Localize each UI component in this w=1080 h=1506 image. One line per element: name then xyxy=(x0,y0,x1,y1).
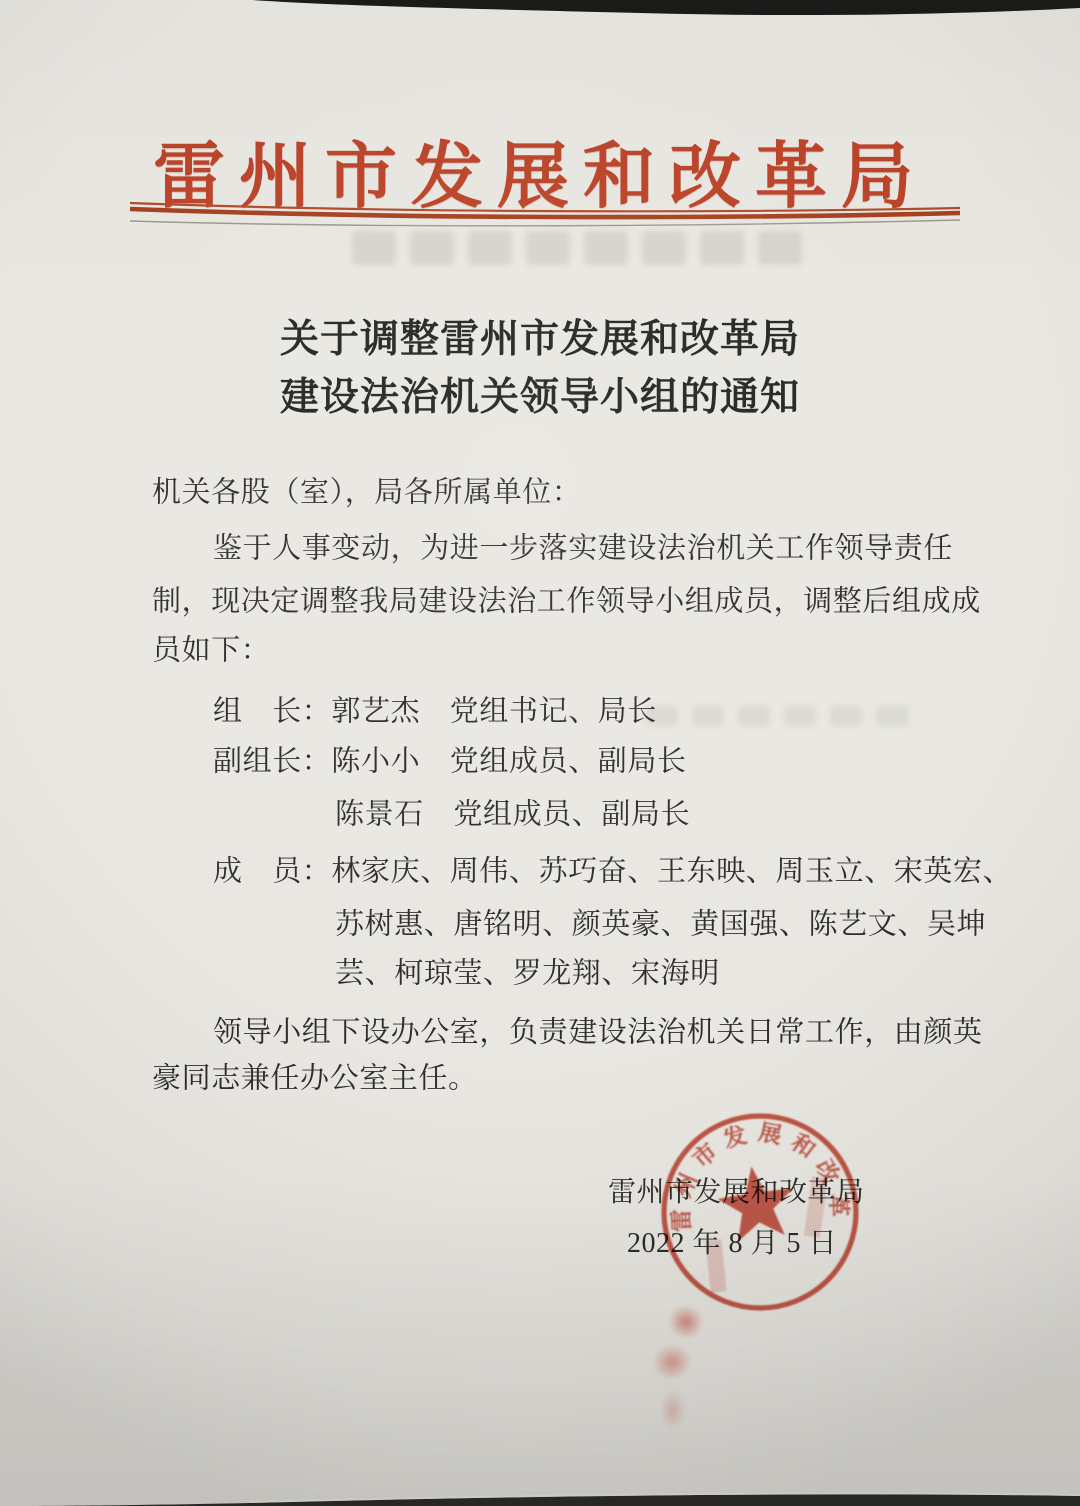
body-line: 芸、柯琼莹、罗龙翔、宋海明 xyxy=(335,951,720,992)
letterhead-agency-name: 雷州市发展和改革局 xyxy=(0,118,1080,222)
signature-date: 2022 年 8 月 5 日 xyxy=(627,1221,837,1261)
document-title-line1: 关于调整雷州市发展和改革局 xyxy=(0,308,1080,364)
body-line: 制，现决定调整我局建设法治工作领导小组成员，调整后组成成 xyxy=(152,579,981,620)
photo-top-edge xyxy=(0,0,1080,20)
seal-ring xyxy=(664,1116,856,1308)
seal-ink-smudge xyxy=(660,1390,686,1430)
body-line: 成 员：林家庆、周伟、苏巧奋、王东映、周玉立、宋英宏、 xyxy=(213,849,1012,890)
bleedthrough-marks xyxy=(352,231,802,265)
signature-agency-name: 雷州市发展和改革局 xyxy=(608,1170,865,1210)
body-line: 陈景石 党组成员、副局长 xyxy=(335,792,690,833)
photo-bottom-edge xyxy=(0,1486,1080,1506)
body-line: 领导小组下设办公室，负责建设法治机关日常工作，由颜英 xyxy=(213,1010,983,1051)
body-line: 鉴于人事变动，为进一步落实建设法治机关工作领导责任 xyxy=(213,526,953,567)
seal-ink-smudge xyxy=(649,1340,696,1384)
body-line: 苏树惠、唐铭明、颜英豪、黄国强、陈艺文、吴坤 xyxy=(335,902,986,943)
body-line: 豪同志兼任办公室主任。 xyxy=(152,1056,478,1097)
body-line: 副组长：陈小小 党组成员、副局长 xyxy=(213,739,687,780)
official-seal: 雷州市发展和改革局 xyxy=(630,1082,890,1342)
body-line: 员如下： xyxy=(152,628,270,669)
seal-ink-smudge xyxy=(663,1300,708,1344)
body-line: 机关各股（室），局各所属单位： xyxy=(152,470,582,511)
bleedthrough-marks xyxy=(646,706,908,726)
document-photo: 雷州市发展和改革局 关于调整雷州市发展和改革局 建设法治机关领导小组的通知 机关… xyxy=(0,0,1080,1506)
body-line: 组 长：郭艺杰 党组书记、局长 xyxy=(213,689,657,730)
document-title-line2: 建设法治机关领导小组的通知 xyxy=(0,366,1080,422)
